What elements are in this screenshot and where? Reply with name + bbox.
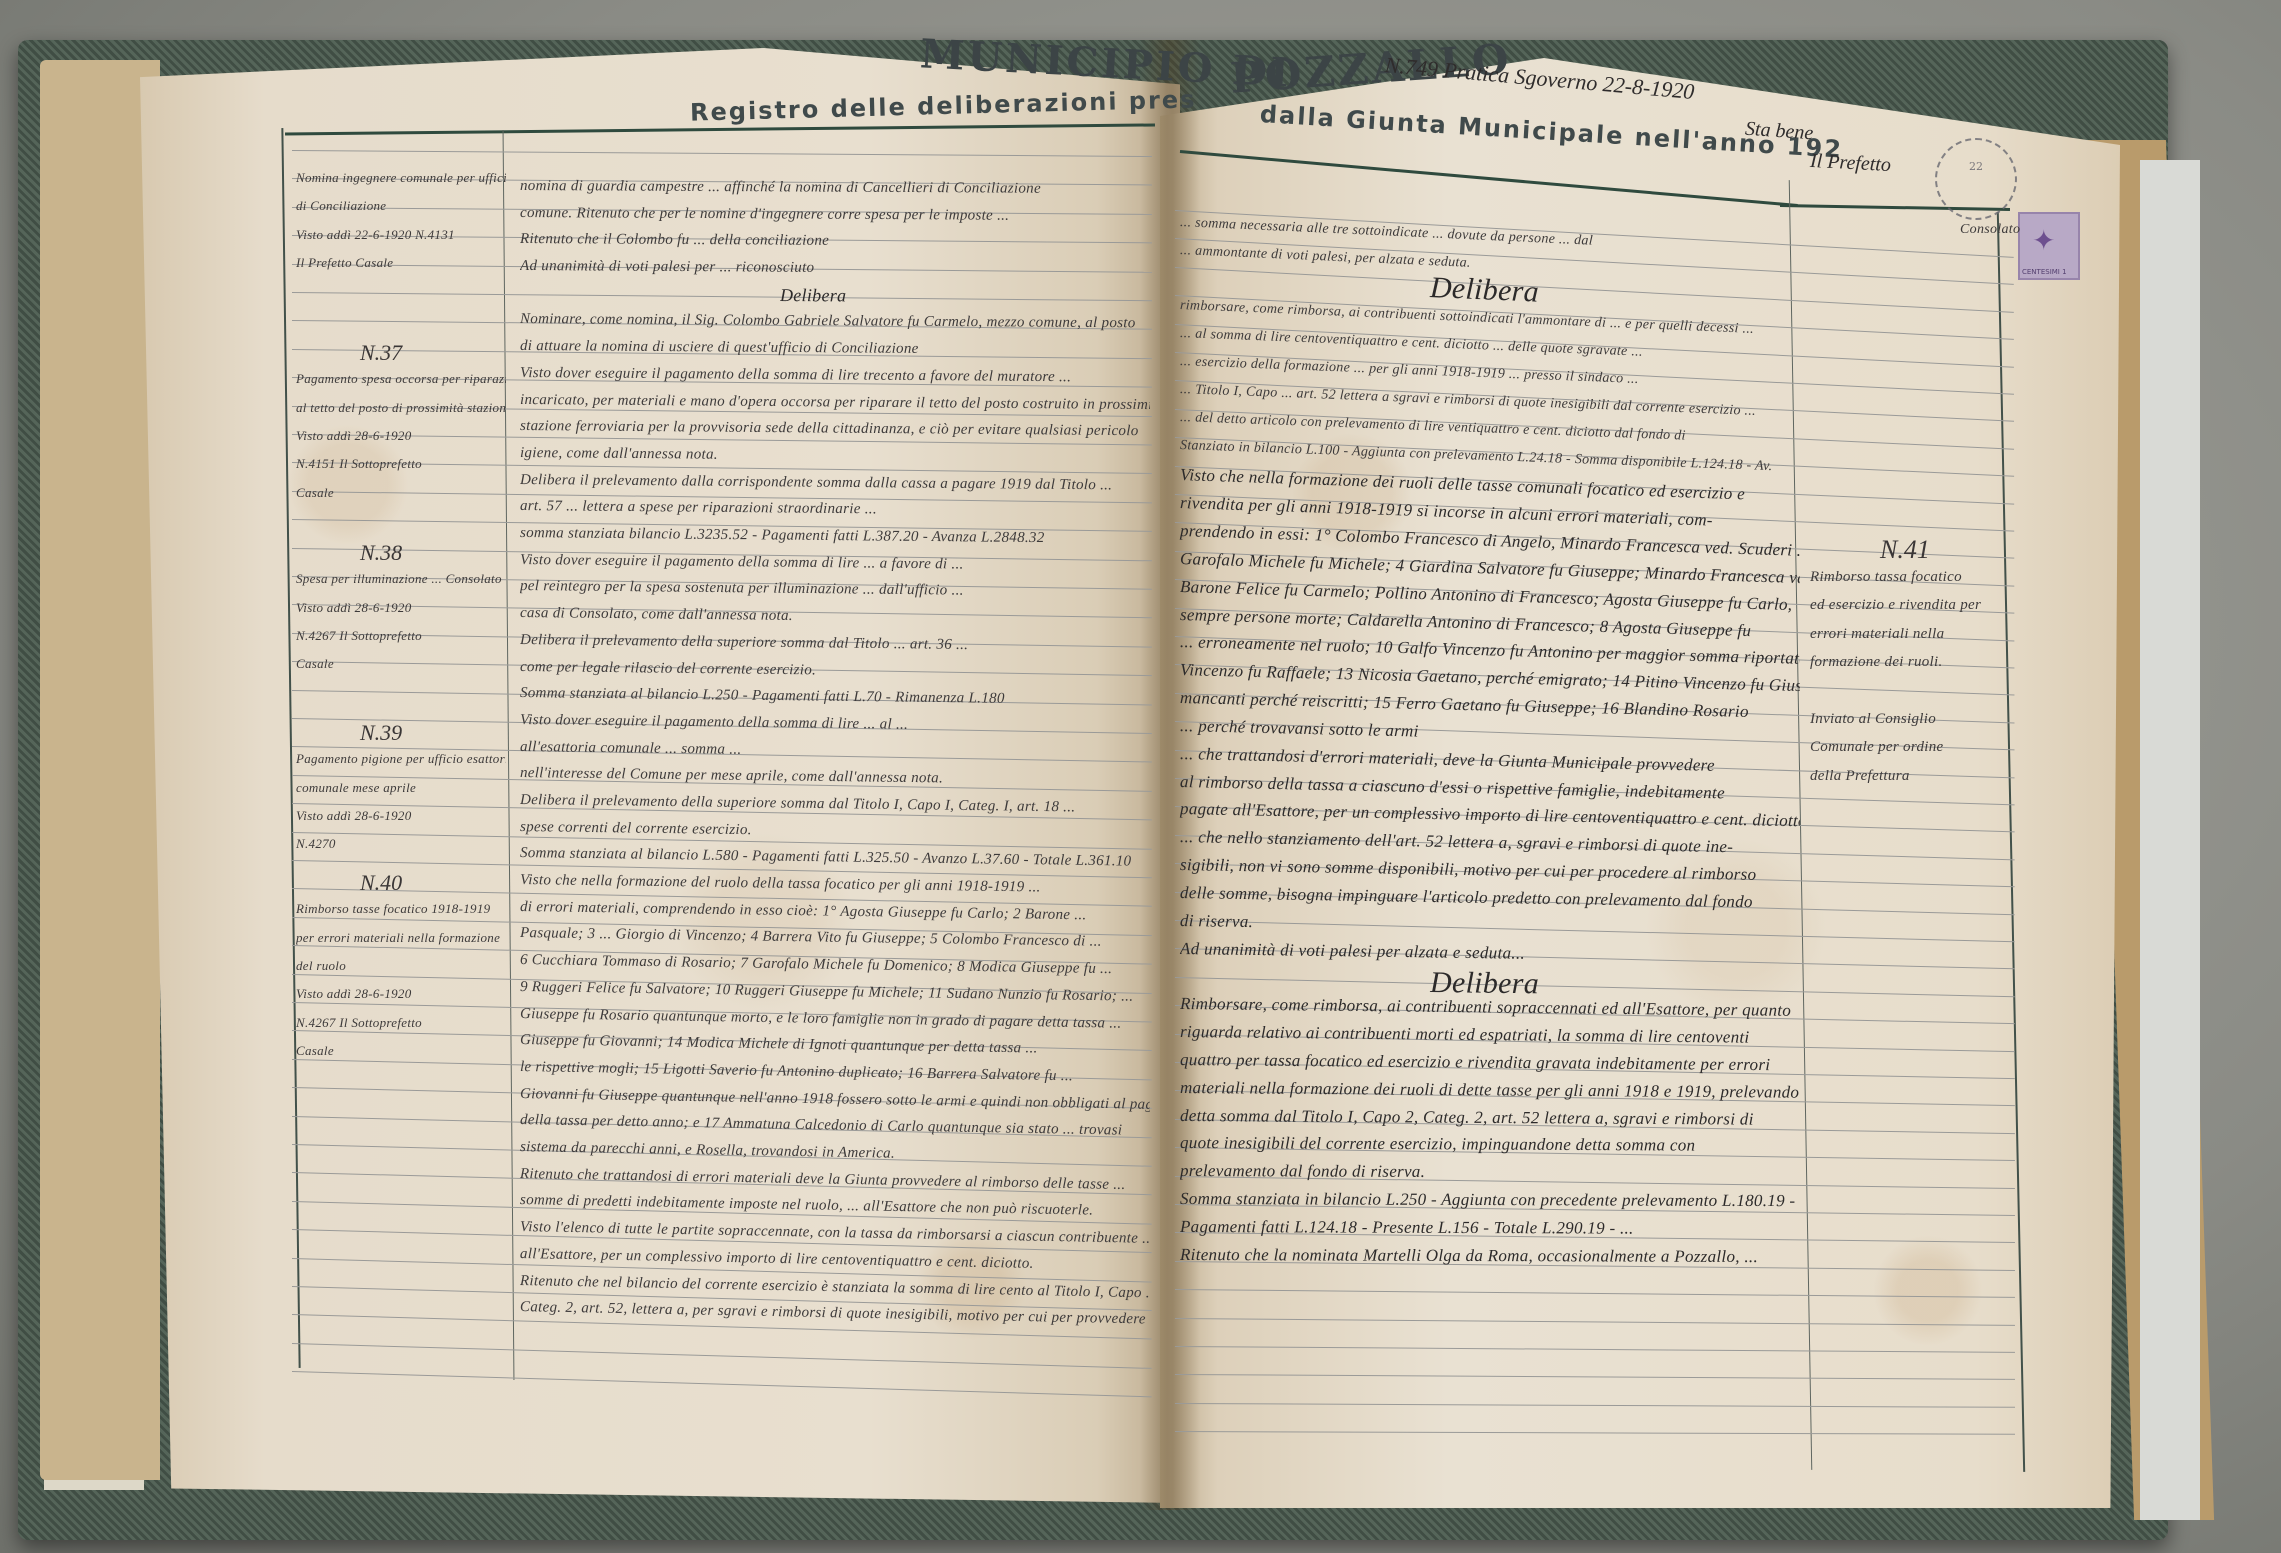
- revenue-stamp-label: CENTESIMI 1: [2022, 268, 2067, 276]
- margin-entry-line: di Conciliazione: [296, 198, 386, 214]
- margin-entry-line: N.4270: [296, 836, 336, 852]
- margin-entry-line: errori materiali nella: [1810, 626, 1944, 643]
- margin-entry-line: Comunale per ordine: [1810, 739, 1943, 756]
- handwritten-line: all'esattoria comunale ... somma ...: [520, 739, 742, 759]
- entry-number: N.39: [360, 720, 402, 746]
- handwritten-line: igiene, come dall'annessa nota.: [520, 445, 718, 464]
- margin-entry-line: N.4267 Il Sottoprefetto: [296, 628, 422, 644]
- entry-number: N.41: [1880, 535, 1930, 565]
- handwritten-line: Delibera: [1429, 271, 1539, 310]
- margin-entry-line: N.4267 Il Sottoprefetto: [296, 1015, 422, 1031]
- left-page-block: [40, 60, 160, 1480]
- handwritten-line: come per legale rilascio del corrente es…: [520, 659, 816, 679]
- handwritten-line: casa di Consolato, come dall'annessa not…: [520, 605, 793, 625]
- handwritten-line: spese correnti del corrente esercizio.: [520, 819, 752, 839]
- margin-entry-line: Visto addì 28-6-1920: [296, 808, 412, 824]
- handwritten-line: detta somma dal Titolo I, Capo 2, Categ.…: [1180, 1106, 1754, 1130]
- handwritten-line: di attuare la nomina di usciere di quest…: [520, 338, 919, 358]
- handwritten-line: quote inesigibili del corrente esercizio…: [1180, 1133, 1695, 1156]
- margin-entry-line: Il Prefetto Casale: [296, 255, 393, 271]
- handwritten-line: Pagamenti fatti L.124.18 - Presente L.15…: [1180, 1217, 1634, 1239]
- postmark-stamp: 22: [1935, 138, 2017, 220]
- margin-entry-line: Rimborso tasse focatico 1918-1919: [296, 901, 490, 917]
- margin-entry-line: al tetto del posto di prossimità stazion…: [296, 400, 506, 416]
- right-endpaper: [2140, 160, 2200, 1520]
- margin-entry-line: Visto addì 28-6-1920: [296, 600, 412, 616]
- margin-entry-line: Rimborso tassa focatico: [1810, 569, 1962, 586]
- margin-entry-line: della Prefettura: [1810, 768, 1910, 785]
- margin-entry-line: Spesa per illuminazione ... Consolato: [296, 571, 502, 587]
- entry-number: N.40: [360, 870, 402, 896]
- eagle-icon: ✦: [2032, 224, 2055, 257]
- handwritten-line: comune. Ritenuto che per le nomine d'ing…: [520, 205, 1009, 225]
- margin-entry-line: Casale: [296, 1043, 334, 1059]
- handwritten-line: Somma stanziata in bilancio L.250 - Aggi…: [1180, 1189, 1800, 1211]
- handwritten-line: nomina di guardia campestre ... affinché…: [520, 178, 1041, 198]
- handwritten-line: Ad unanimità di voti palesi per ... rico…: [520, 258, 814, 277]
- margin-entry-line: Pagamento pigione per ufficio esattoria: [296, 751, 506, 767]
- handwritten-line: Ad unanimità di voti palesi per alzata e…: [1180, 939, 1525, 964]
- margin-entry-line: Visto addì 28-6-1920: [296, 986, 412, 1002]
- margin-entry-line: Pagamento spesa occorsa per riparazione: [296, 371, 506, 387]
- postmark-date: 22: [1969, 160, 1983, 173]
- margin-entry-line: per errori materiali nella formazione: [296, 930, 500, 946]
- margin-entry-line: Inviato al Consiglio: [1810, 711, 1936, 728]
- margin-entry-line: formazione dei ruoli.: [1810, 654, 1943, 671]
- handwritten-line: Ritenuto che la nominata Martelli Olga d…: [1180, 1245, 1758, 1267]
- approval-note: Sta bene: [1744, 118, 1814, 146]
- margin-entry-line: Visto addì 22-6-1920 N.4131: [296, 227, 455, 243]
- margin-entry-line: Visto addì 28-6-1920: [296, 428, 412, 444]
- margin-entry-line: N.4151 Il Sottoprefetto: [296, 456, 422, 472]
- margin-entry-line: comunale mese aprile: [296, 780, 416, 796]
- revenue-stamp: ✦ CENTESIMI 1: [2018, 212, 2080, 280]
- margin-entry-line: ed esercizio e rivendita per: [1810, 597, 1981, 614]
- margin-entry-line: del ruolo: [296, 958, 346, 974]
- margin-entry-line: Nomina ingegnere comunale per uffici: [296, 170, 506, 186]
- handwritten-line: Ritenuto che il Colombo fu ... della con…: [520, 231, 829, 250]
- prefect-signature: Il Prefetto: [1809, 150, 1891, 177]
- entry-number: N.38: [360, 540, 402, 566]
- handwritten-line: Delibera: [780, 285, 847, 306]
- margin-entry-line: Casale: [296, 656, 334, 672]
- corner-note: Consolato: [1960, 222, 2020, 238]
- margin-entry-line: Casale: [296, 485, 334, 501]
- entry-number: N.37: [360, 340, 402, 366]
- handwritten-line: prelevamento dal fondo di riserva.: [1180, 1161, 1425, 1182]
- handwritten-line: di riserva.: [1180, 911, 1253, 932]
